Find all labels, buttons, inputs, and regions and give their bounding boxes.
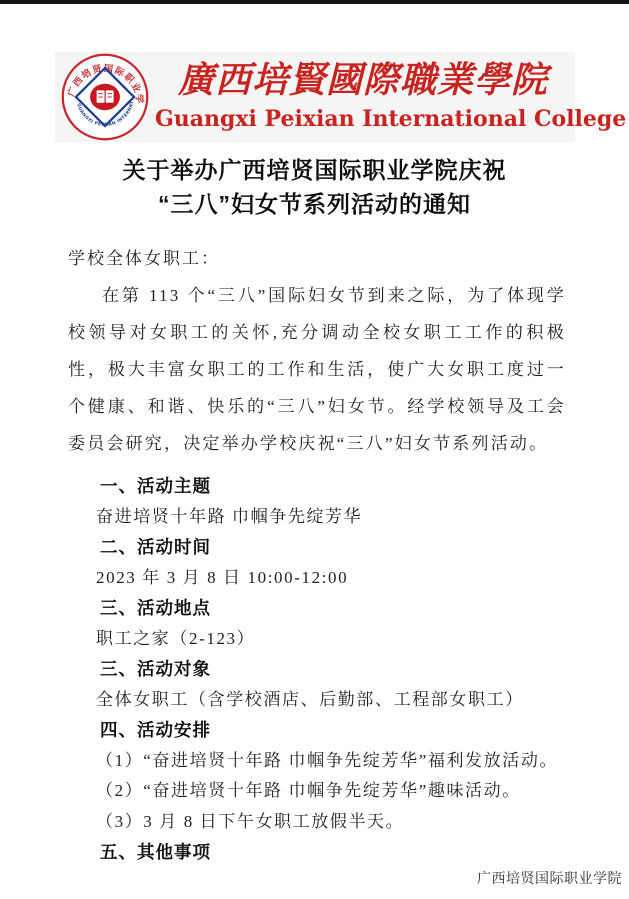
section-line: 职工之家（2-123） (68, 624, 566, 655)
notice-title-line2: “三八”妇女节系列活动的通知 (0, 187, 629, 221)
section-heading-6: 五、其他事项 (68, 837, 566, 868)
section-line: 全体女职工（含学校酒店、后勤部、工程部女职工） (68, 685, 566, 716)
college-name-zh: 廣西培賢國際職業學院 (155, 54, 571, 106)
section-heading-3: 三、活动地点 (68, 593, 566, 624)
section-heading-5: 四、活动安排 (68, 715, 566, 746)
salutation: 学校全体女职工： (68, 240, 566, 277)
seal-center-disc (90, 84, 120, 110)
notice-title: 关于举办广西培贤国际职业学院庆祝 “三八”妇女节系列活动的通知 (0, 153, 629, 221)
college-seal-logo: 广西培贤国际职业学院 GUANGXI PEIXIAN INTERNATIONAL… (61, 53, 149, 141)
section-line: （3）3 月 8 日下午女职工放假半天。 (68, 807, 566, 838)
section-heading-1: 一、活动主题 (68, 471, 566, 502)
section-line: （1）“奋进培贤十年路 巾帼争先绽芳华”福利发放活动。 (68, 746, 566, 777)
section-line: 奋进培贤十年路 巾帼争先绽芳华 (68, 502, 566, 533)
letterhead: 广西培贤国际职业学院 GUANGXI PEIXIAN INTERNATIONAL… (55, 52, 575, 142)
section-line: 2023 年 3 月 8 日 10:00-12:00 (68, 563, 566, 594)
section-heading-2: 二、活动时间 (68, 532, 566, 563)
notice-title-line1: 关于举办广西培贤国际职业学院庆祝 (0, 153, 629, 187)
sections: 一、活动主题 奋进培贤十年路 巾帼争先绽芳华 二、活动时间 2023 年 3 月… (68, 471, 566, 868)
intro-paragraph: 在第 113 个“三八”国际妇女节到来之际，为了体现学校领导对女职工的关怀,充分… (68, 277, 566, 462)
notice-body: 学校全体女职工： 在第 113 个“三八”国际妇女节到来之际，为了体现学校领导对… (68, 240, 566, 868)
section-line: （2）“奋进培贤十年路 巾帼争先绽芳华”趣味活动。 (68, 776, 566, 807)
footer-college-name: 广西培贤国际职业学院 (477, 868, 622, 888)
letterhead-titles: 廣西培賢國際職業學院 Guangxi Peixian International… (155, 54, 571, 132)
college-name-en: Guangxi Peixian International College (155, 106, 571, 132)
section-heading-4: 三、活动对象 (68, 654, 566, 685)
top-border-bar (0, 0, 629, 4)
